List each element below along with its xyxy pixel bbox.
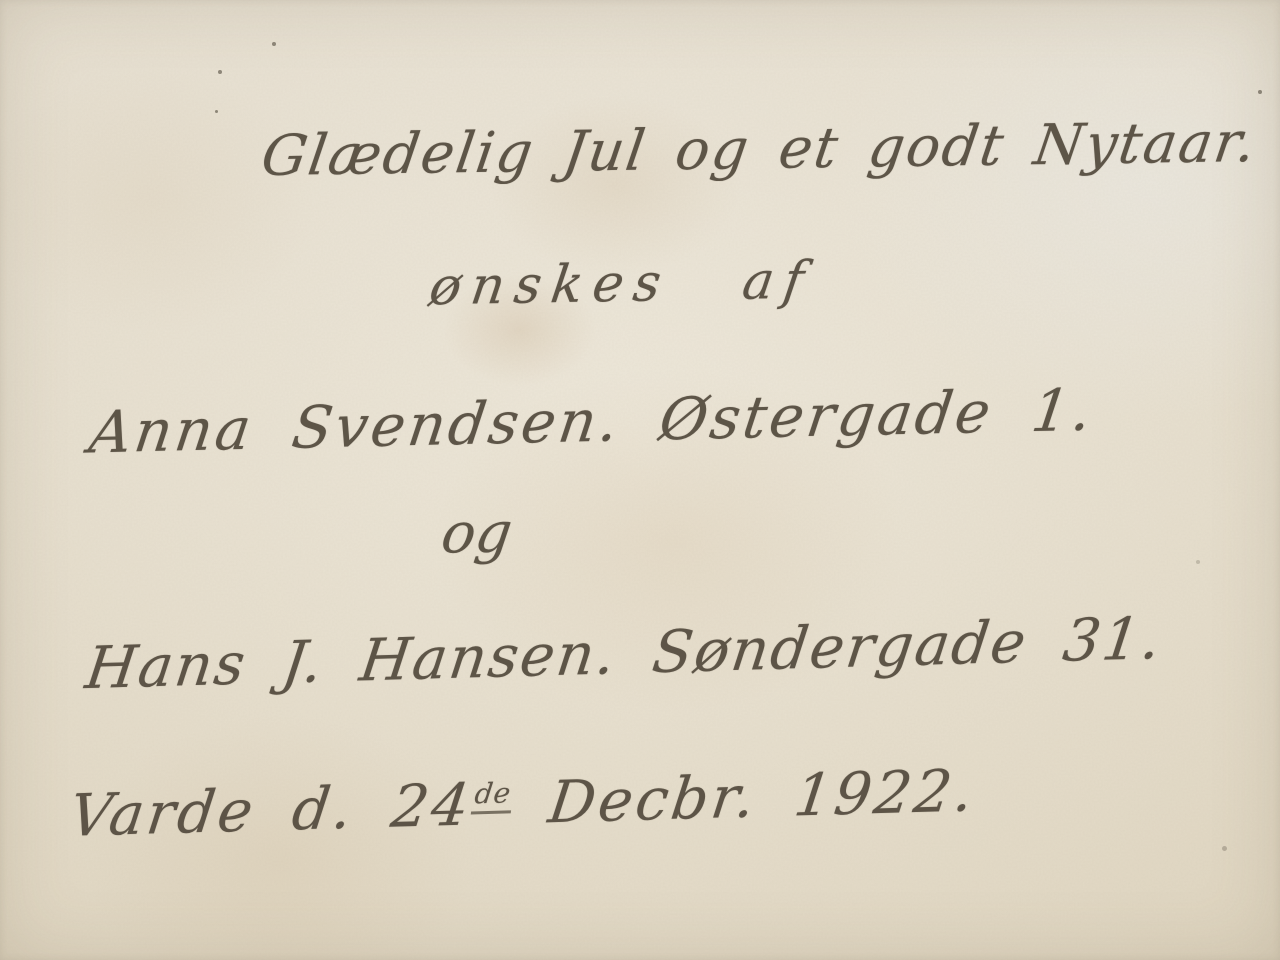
sender-anna-line: Anna Svendsen. Østergade 1.: [86, 381, 1097, 462]
sender-hans-line: Hans J. Hansen. Søndergade 31.: [82, 609, 1165, 697]
paper-speck: [218, 70, 222, 74]
paper-speck: [1222, 846, 1227, 851]
paper-speck: [215, 110, 218, 113]
place-and-date-line: Varde d. 24de Decbr. 1922.: [66, 761, 979, 845]
wished-by-line: ønskes af: [426, 255, 817, 314]
handwritten-postcard: Glædelig Jul og et godt Nytaar. ønskes a…: [0, 0, 1280, 960]
date-suffix: Decbr. 1922.: [507, 756, 980, 837]
date-prefix: Varde d. 24: [66, 770, 476, 849]
paper-speck: [1258, 90, 1262, 94]
conjunction-line: og: [438, 505, 515, 562]
paper-speck: [1196, 560, 1200, 564]
date-ordinal-superscript: de: [470, 776, 515, 814]
greeting-line: Glædelig Jul og et godt Nytaar.: [258, 115, 1261, 185]
paper-speck: [272, 42, 276, 46]
